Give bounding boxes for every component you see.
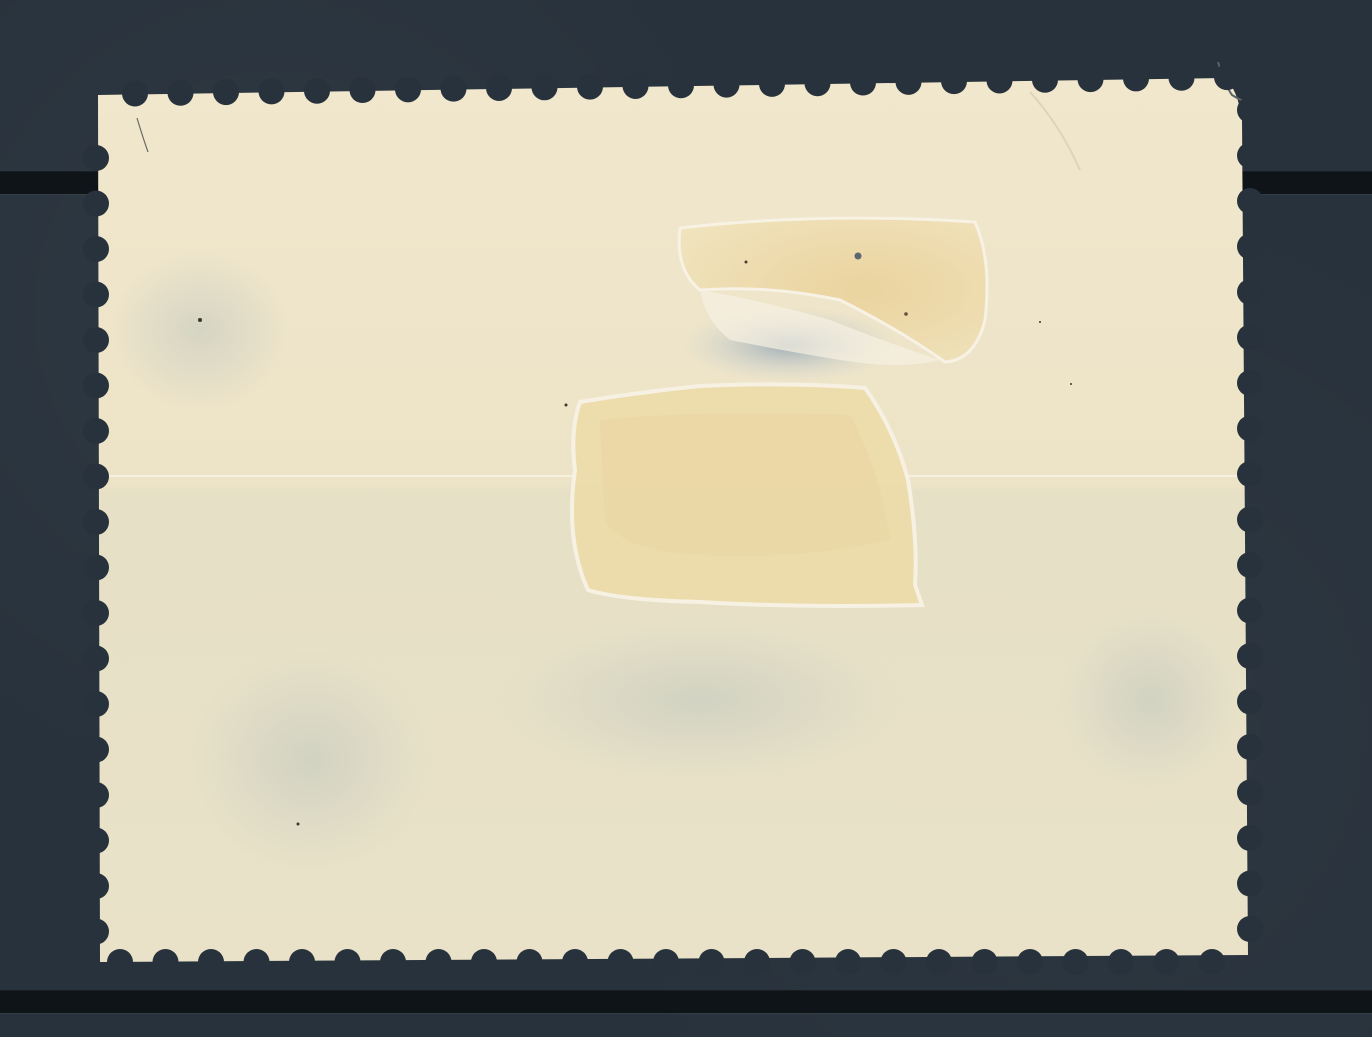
stamp-back: [0, 0, 1372, 1037]
